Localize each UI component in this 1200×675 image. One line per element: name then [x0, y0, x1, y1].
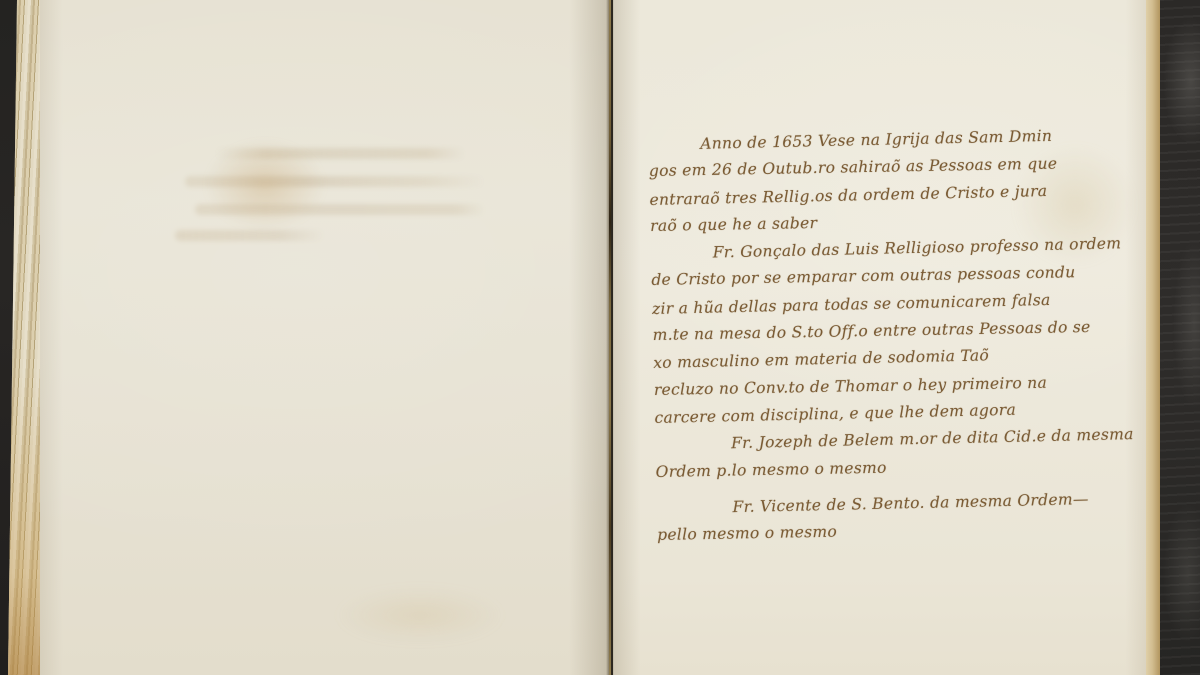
left-page [40, 0, 609, 675]
manuscript-paragraph: Anno de 1653 Vese na Igrija das Sam Dmin… [648, 122, 1094, 241]
manuscript-photo: Anno de 1653 Vese na Igrija das Sam Dmin… [0, 0, 1200, 675]
right-page-fore-edge [1146, 0, 1160, 675]
manuscript-paragraph: Fr. Vicente de S. Bento. da mesma Ordem—… [656, 486, 1101, 551]
show-through-writing [155, 140, 495, 260]
manuscript-text: Anno de 1653 Vese na Igrija das Sam Dmin… [648, 122, 1101, 550]
paper-stain [205, 140, 325, 230]
book-gutter-fold [609, 0, 611, 675]
manuscript-paragraph: Fr. Jozeph de Belem m.or de dita Cid.e d… [655, 422, 1100, 487]
show-through-line [175, 230, 325, 241]
paper-stain [310, 580, 530, 650]
manuscript-paragraph: Fr. Gonçalo das Luis Relligioso professo… [650, 231, 1098, 432]
